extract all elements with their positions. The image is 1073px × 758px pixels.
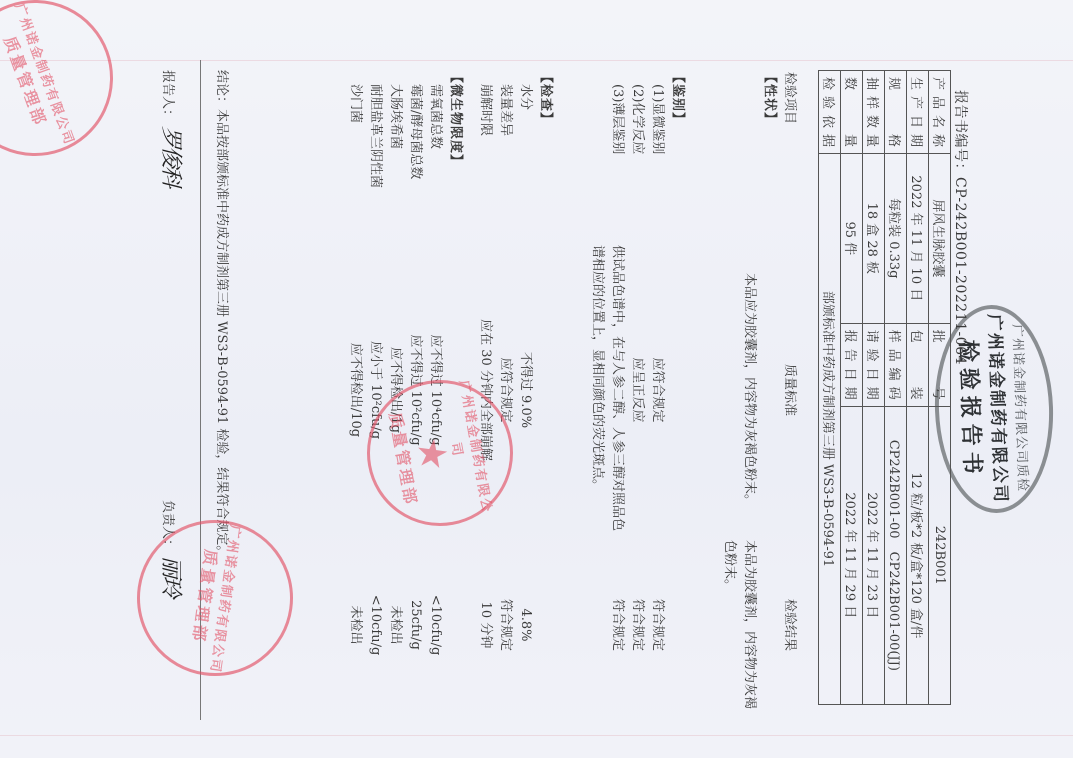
item-result: 本品为胶囊剂，内容物为灰褐色粉末。 [719,540,759,710]
info-label: 数 量 [841,71,863,154]
item-name: 水分 [515,84,535,110]
result-row: (1)显微鉴别应符合规定符合规定 [647,70,667,710]
info-label: 产品名称 [929,71,951,154]
info-row-basis: 检验依据部颁标准中药成方制剂第三册 WS3-B-0594-91 [819,71,841,705]
item-result: 10 分钟 [475,540,495,710]
item-name: 大肠埃希菌 [385,84,405,149]
basis-label: 检验依据 [819,71,841,154]
item-result: 符合规定 [647,540,667,710]
info-value: CP242B001-00 CP242B001-00(JJ) [885,406,907,704]
info-row: 规 格每粒装 0.33g样品编码CP242B001-00 CP242B001-0… [885,71,907,705]
item-name: (1)显微鉴别 [647,84,667,154]
info-value: 屏风生脉胶囊 [929,154,951,324]
header-standard: 质量标准 [782,245,801,535]
scan-artifact-line [0,60,1073,61]
item-standard: 应不得检出/10g [345,245,365,535]
info-value: 18 盒 28 板 [863,154,885,324]
result-row: 沙门菌应不得检出/10g未检出 [345,70,365,710]
item-result: 25cfu/g [405,540,425,710]
reporter: 报告人：罗俊科 [157,70,188,186]
info-label: 抽样数量 [863,71,885,154]
info-value: 2022 年 11 月 10 日 [907,154,929,324]
info-value: 每粒装 0.33g [885,154,907,324]
info-value: 2022 年 11 月 29 日 [841,406,863,704]
info-label: 规 格 [885,71,907,154]
info-label: 报告日期 [841,323,863,406]
scan-artifact-line [0,735,1073,736]
item-name: 霉菌/酵母菌总数 [405,84,425,179]
item-result: 符合规定 [495,540,515,710]
item-result: <10cfu/g [365,540,385,710]
info-label: 批 号 [929,323,951,406]
star-icon: ★ [413,436,452,472]
item-name: 装量差异 [495,84,515,136]
item-standard: 应呈正反应 [627,245,647,535]
info-value: 12 粒/板*2 板/盒*120 盒/件 [907,406,929,704]
item-result: 符合规定 [607,540,627,710]
info-label: 样品编码 [885,323,907,406]
basis-value: 部颁标准中药成方制剂第三册 WS3-B-0594-91 [819,154,841,705]
item-result: 符合规定 [627,540,647,710]
info-label: 包 装 [907,323,929,406]
section-title: 【鉴别】 [667,70,687,710]
item-name: 崩解时限 [475,84,495,136]
product-info-table: 产品名称屏风生脉胶囊批 号242B001生产日期2022 年 11 月 10 日… [818,70,951,705]
results-header: 检验项目 质量标准 检验结果 [779,70,801,710]
item-name: 耐胆盐革兰阴性菌 [365,84,385,188]
item-standard: 不得过 9.0% [515,245,535,535]
info-value: 2022 年 11 月 23 日 [863,406,885,704]
info-value: 242B001 [929,406,951,704]
info-row: 生产日期2022 年 11 月 10 日包 装12 粒/板*2 板/盒*120 … [907,71,929,705]
item-standard: 应符合规定 [647,245,667,535]
header-result: 检验结果 [782,540,801,710]
item-name: (2)化学反应 [627,84,647,154]
result-row: 本品应为胶囊剂，内容物为灰褐色粉末。本品为胶囊剂，内容物为灰褐色粉末。 [697,70,759,710]
item-result: 未检出 [385,540,405,710]
result-row: 耐胆盐革兰阴性菌应小于 10²cfu/g<10cfu/g [365,70,385,710]
section-title: 【检查】 [535,70,555,710]
qa-seal-edge: 广州诺金制药有限公司 质量管理部 [0,0,135,178]
report-number: 报告书编号：CP-242B001-202211-064 [951,90,971,365]
item-result: 未检出 [345,540,365,710]
header-item: 检验项目 [782,72,801,124]
info-label: 生产日期 [907,71,929,154]
result-row: 装量差异应符合规定符合规定 [495,70,515,710]
info-label: 请验日期 [863,323,885,406]
result-row: (3)薄层鉴别供试品色谱中，在与人参二醇、人参三醇对照品色谱相应的位置上，显相同… [565,70,627,710]
qa-seal-conclusion: 广州诺金制药有限公司 质量管理部 [127,510,303,686]
inspection-report-page: 广州诺金制药有限公司质检 广州诺金制药有限公司 检验报告书 报告书编号：CP-2… [0,0,1073,758]
info-row: 数 量95 件报告日期2022 年 11 月 29 日 [841,71,863,705]
item-name: 需氧菌总数 [425,84,445,149]
result-row: 水分不得过 9.0%4.8% [515,70,535,710]
section-title: 【性状】 [759,70,779,710]
info-row: 产品名称屏风生脉胶囊批 号242B001 [929,71,951,705]
item-name: (3)薄层鉴别 [607,84,627,154]
item-result: <10cfu/g [425,540,445,710]
info-value: 95 件 [841,154,863,324]
reporter-signature: 罗俊科 [158,126,183,186]
report-title-block: 广州诺金制药有限公司质检 广州诺金制药有限公司 检验报告书 [963,250,1053,550]
item-standard: 本品应为胶囊剂，内容物为灰褐色粉末。 [739,245,759,535]
info-row: 抽样数量18 盒 28 板请验日期2022 年 11 月 23 日 [863,71,885,705]
item-result: 4.8% [515,540,535,710]
item-standard: 供试品色谱中，在与人参二醇、人参三醇对照品色谱相应的位置上，显相同颜色的荧光斑点… [587,245,627,535]
item-name: 沙门菌 [345,84,365,123]
result-row: (2)化学反应应呈正反应符合规定 [627,70,647,710]
